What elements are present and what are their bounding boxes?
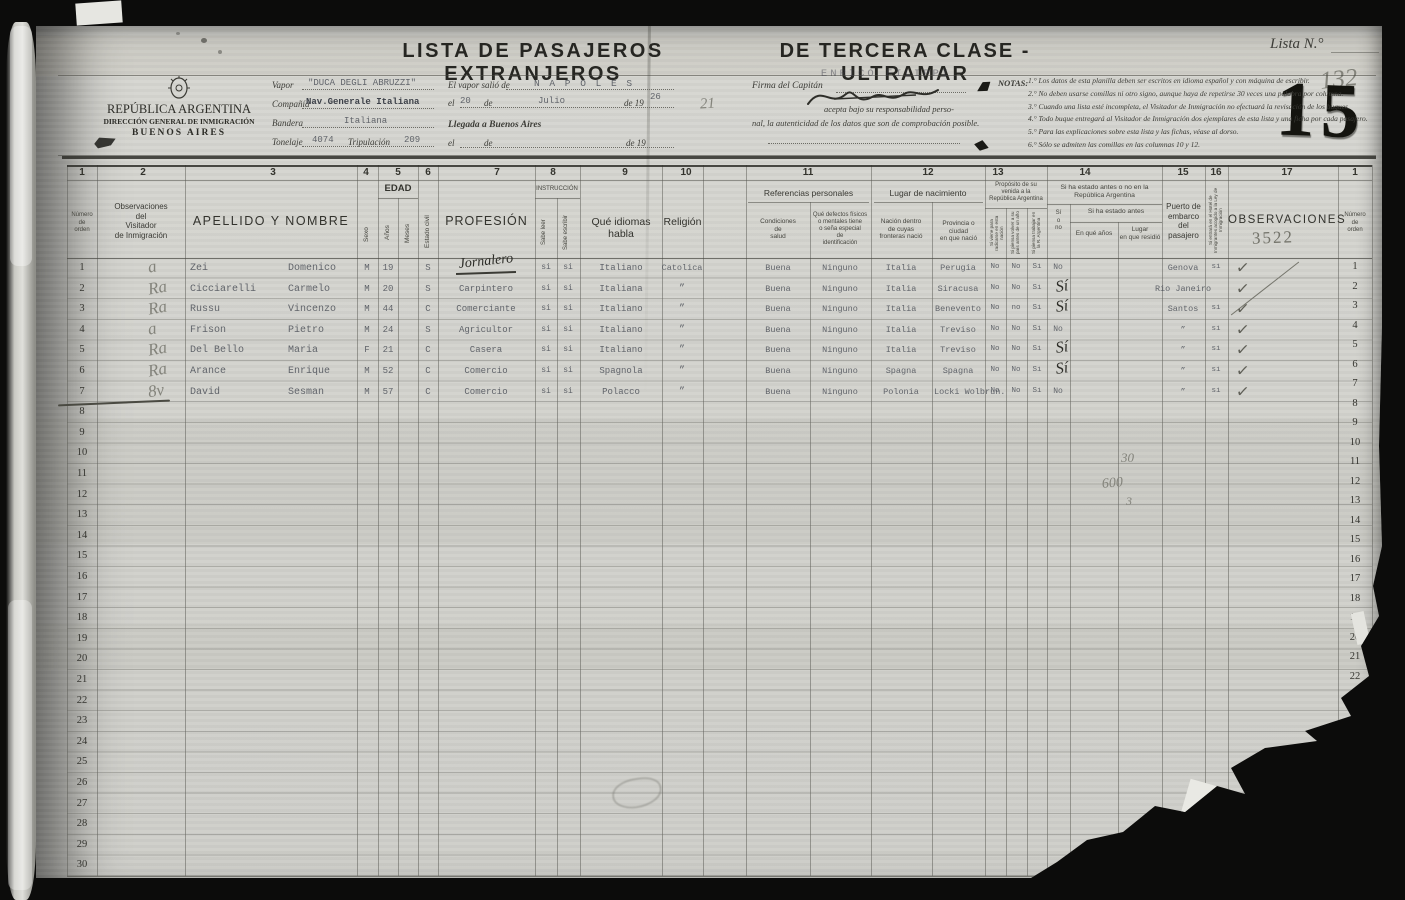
- cell-embark-port: ”: [1180, 345, 1185, 355]
- note-line: 1.° Los datos de esta planilla deben ser…: [1028, 76, 1310, 85]
- cell-sex: M: [364, 284, 369, 294]
- note-line: 6.° Sólo se admiten las comillas en las …: [1028, 140, 1200, 149]
- vapor-label: Vapor: [272, 80, 294, 90]
- cell-religion: Catolica: [662, 263, 703, 273]
- salio-value: N A P O L E S: [534, 78, 634, 89]
- cell-surname: Cicciarelli: [190, 284, 256, 295]
- cell-writes: si: [563, 387, 573, 396]
- film-edge-highlight-bottom: [8, 600, 32, 890]
- cell-language: Italiano: [599, 345, 642, 355]
- left-order-number: 13: [77, 509, 88, 520]
- cell-hotel: si: [1211, 304, 1220, 312]
- salio-line: [506, 89, 674, 90]
- bandera-label: Bandera: [272, 118, 303, 128]
- header-col5b: Meses: [404, 212, 412, 254]
- left-order-number: 9: [79, 427, 84, 438]
- document-page: LISTA DE PASAJEROS EXTRANJEROS DE TERCER…: [36, 26, 1382, 878]
- header-col14: Si ha estado antes o no en la República …: [1047, 184, 1162, 199]
- left-order-number: 6: [79, 365, 84, 376]
- scan-band-1: [36, 36, 1382, 76]
- left-order-number: 21: [77, 674, 88, 685]
- left-order-number: 10: [77, 447, 88, 458]
- cell-civil-status: S: [425, 263, 430, 273]
- right-order-number: 3: [1352, 300, 1357, 311]
- right-order-number: 8: [1352, 398, 1357, 409]
- left-order-number: 14: [77, 530, 88, 541]
- cell-language: Italiano: [599, 304, 642, 314]
- header-col13c: Si piensa trabajar en la R. Argentina: [1031, 210, 1045, 256]
- cell-hotel: si: [1211, 387, 1220, 395]
- left-order-number: 2: [79, 283, 84, 294]
- cell-purpose-2: No: [1011, 387, 1020, 395]
- cell-birth-nation: Polonia: [883, 387, 919, 397]
- right-order-number: 9: [1352, 417, 1357, 428]
- cell-religion: ”: [679, 325, 685, 336]
- column-number: 10: [680, 167, 691, 178]
- header-col2: Observaciones del Visitador de Inmigraci…: [97, 202, 185, 240]
- cell-defects: Ninguno: [822, 263, 858, 273]
- left-order-number: 30: [77, 859, 88, 870]
- vapor-value: "DUCA DEGLI ABRUZZI": [308, 78, 416, 88]
- cell-embark-port: Santos: [1168, 304, 1199, 314]
- el-line: [460, 107, 674, 108]
- pencil-30: 30: [1121, 450, 1134, 466]
- org-office: DIRECCIÓN GENERAL DE INMIGRACIÓN: [99, 117, 259, 126]
- right-order-number: 5: [1352, 339, 1357, 350]
- cell-been-before: No: [1053, 263, 1063, 272]
- cell-sex: M: [364, 387, 369, 397]
- grid-h-line: [67, 876, 1372, 877]
- notas-label: NOTAS:: [998, 78, 1028, 88]
- cell-embark-port: ”: [1180, 366, 1185, 376]
- column-number: 6: [425, 167, 431, 178]
- cell-purpose-3: Si: [1032, 345, 1041, 353]
- left-order-number: 20: [77, 653, 88, 664]
- cell-language: Italiano: [599, 325, 642, 335]
- column-number: 14: [1079, 167, 1090, 178]
- cell-health: Buena: [765, 325, 791, 335]
- cell-defects: Ninguno: [822, 345, 858, 355]
- cell-civil-status: C: [425, 387, 430, 397]
- cell-surname: Zei: [190, 263, 208, 274]
- salio-label: El vapor salió de: [448, 80, 510, 90]
- grid-h-line: [985, 208, 1047, 209]
- left-order-number: 26: [77, 777, 88, 788]
- column-number: 2: [140, 167, 146, 178]
- cell-birth-nation: Italia: [886, 325, 917, 335]
- year-value: 26: [650, 92, 661, 102]
- cell-embark-port: ”: [1180, 325, 1185, 335]
- tonelaje-value: 4074: [312, 135, 334, 145]
- compania-value: Nav.Generale Italiana: [306, 97, 419, 107]
- pencil-600: 600: [1101, 475, 1123, 493]
- org-city: BUENOS AIRES: [99, 128, 259, 138]
- cell-surname: David: [190, 387, 220, 398]
- cell-health: Buena: [765, 387, 791, 397]
- cell-religion: ”: [679, 345, 685, 356]
- cell-sex: F: [364, 345, 369, 355]
- cell-profession: Comercio: [464, 366, 507, 376]
- cell-purpose-1: No: [990, 366, 999, 374]
- header-col12b: Provincia o ciudad en que nació: [934, 220, 983, 243]
- cell-writes: si: [563, 263, 573, 272]
- right-order-number: 21: [1350, 651, 1361, 662]
- cell-birth-nation: Italia: [886, 284, 917, 294]
- header-col12a: Nación dentro de cuyas fronteras nació: [873, 218, 929, 241]
- header-col16: Si entrará en el Hotel de Inmigrantes ac…: [1208, 184, 1226, 256]
- left-order-number: 25: [77, 756, 88, 767]
- left-order-number: 17: [77, 592, 88, 603]
- observations-scrawl: Ra: [146, 276, 168, 299]
- cell-religion: ”: [679, 366, 685, 377]
- cell-birth-nation: Italia: [886, 345, 917, 355]
- cell-embark-port: Rio Janeiro: [1155, 284, 1211, 294]
- cell-given-name: Maria: [288, 345, 318, 356]
- left-order-number: 15: [77, 550, 88, 561]
- left-order-number: 23: [77, 715, 88, 726]
- left-order-number: 5: [79, 344, 84, 355]
- header-col14b-group: Si ha estado antes: [1070, 208, 1162, 216]
- right-order-number: 1: [1352, 261, 1357, 272]
- grid-h-line: [535, 198, 580, 199]
- header-col6: Estado civil: [424, 208, 432, 256]
- right-order-number: 2: [1352, 281, 1357, 292]
- table-top-band: [62, 156, 1376, 159]
- pencil-21: 21: [699, 95, 715, 113]
- cell-civil-status: C: [425, 345, 430, 355]
- header-col13a: Si viene para radicarse en esta nación: [989, 210, 1003, 256]
- grid-h-line: [1070, 222, 1162, 223]
- cell-birth-nation: Spagna: [886, 366, 917, 376]
- cell-purpose-1: No: [990, 263, 999, 271]
- right-order-number: 16: [1350, 554, 1361, 565]
- header-col13b: Si piensa volver a su país antes de un a…: [1010, 210, 1024, 256]
- stamp-3522: 3522: [1252, 227, 1295, 248]
- left-order-number: 18: [77, 612, 88, 623]
- cell-reads: si: [541, 263, 551, 272]
- cell-been-before-handwritten: Sí: [1055, 359, 1070, 379]
- header-col14c: Lugar en que residió: [1118, 226, 1162, 241]
- cell-age: 20: [383, 284, 394, 294]
- note-line: 2.° No deben usarse comillas ni otro sig…: [1028, 89, 1343, 98]
- column-number: 15: [1177, 167, 1188, 178]
- left-order-number: 12: [77, 489, 88, 500]
- observations-scrawl: Ra: [146, 297, 168, 320]
- cell-defects: Ninguno: [822, 366, 858, 376]
- cell-health: Buena: [765, 304, 791, 314]
- cell-civil-status: S: [425, 284, 430, 294]
- column-number: 1: [79, 167, 85, 178]
- grid-v-line: [1372, 165, 1373, 876]
- lista-number-label: Lista N.°: [1270, 36, 1324, 53]
- argentina-crest-icon: [166, 76, 192, 100]
- cell-purpose-3: Si: [1032, 366, 1041, 374]
- cell-reads: si: [541, 366, 551, 375]
- right-order-number: 28: [1350, 788, 1361, 799]
- left-order-number: 7: [79, 386, 84, 397]
- month-value: Julio: [538, 96, 565, 106]
- cell-purpose-3: Si: [1032, 387, 1041, 395]
- compania-line: [302, 108, 434, 109]
- column-number: 17: [1281, 167, 1292, 178]
- column-number: 11: [803, 167, 814, 178]
- cell-been-before-handwritten: Sí: [1055, 297, 1070, 317]
- el2-label: el: [448, 138, 455, 148]
- cell-profession: Casera: [470, 345, 502, 355]
- left-order-number: 27: [77, 798, 88, 809]
- cell-birth-province: Spagna: [943, 366, 974, 376]
- header-col14b: En qué años: [1070, 230, 1118, 238]
- cell-religion: ”: [679, 284, 685, 295]
- table-row-stripes: [67, 258, 1372, 876]
- header-col8a: Sabe leer: [541, 210, 549, 254]
- tripulacion-value: 209: [404, 135, 420, 145]
- checkmark-icon: ✓: [1235, 299, 1250, 320]
- right-order-number: 24: [1350, 710, 1361, 721]
- cell-defects: Ninguno: [822, 325, 858, 335]
- header-col11: Referencias personales: [746, 188, 871, 198]
- cell-birth-province: Benevento: [935, 304, 981, 314]
- cell-writes: si: [563, 325, 573, 334]
- lista-number-underline: [1331, 52, 1379, 53]
- checkmark-icon: ✓: [1235, 340, 1250, 361]
- cell-sex: M: [364, 366, 369, 376]
- cell-purpose-3: Si: [1032, 284, 1041, 292]
- cell-sex: M: [364, 304, 369, 314]
- right-order-number: 17: [1350, 573, 1361, 584]
- bandera-value: Italiana: [344, 116, 387, 126]
- grid-h-line: [1047, 204, 1162, 205]
- cell-surname: Frison: [190, 325, 226, 336]
- cell-embark-port: Genova: [1168, 263, 1199, 273]
- cell-civil-status: S: [425, 325, 430, 335]
- header-col1: Número de orden: [67, 212, 97, 235]
- cell-writes: si: [563, 284, 573, 293]
- cell-purpose-2: no: [1011, 304, 1020, 312]
- cell-reads: si: [541, 387, 551, 396]
- cell-age: 44: [383, 304, 394, 314]
- cell-been-before: No: [1053, 387, 1063, 396]
- cell-purpose-2: No: [1011, 345, 1020, 353]
- cell-age: 19: [383, 263, 394, 273]
- column-number: 16: [1210, 167, 1221, 178]
- cell-defects: Ninguno: [822, 304, 858, 314]
- column-number: 8: [550, 167, 556, 178]
- cell-purpose-1: No: [990, 345, 999, 353]
- cell-purpose-2: No: [1011, 284, 1020, 292]
- cell-writes: si: [563, 366, 573, 375]
- cell-age: 21: [383, 345, 394, 355]
- left-order-number: 16: [77, 571, 88, 582]
- checkmark-icon: ✓: [1235, 381, 1250, 402]
- cell-health: Buena: [765, 284, 791, 294]
- cell-defects: Ninguno: [822, 387, 858, 397]
- cell-purpose-1: No: [990, 284, 999, 292]
- column-number: 4: [363, 167, 369, 178]
- cell-language: Spagnola: [599, 366, 642, 376]
- resp-line2: nal, la autenticidad de los datos que so…: [752, 118, 979, 128]
- grid-h-line: [748, 202, 869, 203]
- checkmark-icon: ✓: [1235, 278, 1250, 299]
- header-col3: APELLIDO Y NOMBRE: [185, 214, 357, 228]
- header-col15: Puerto de embarco del pasajero: [1162, 202, 1205, 240]
- cell-purpose-2: No: [1011, 263, 1020, 271]
- right-order-number: 4: [1352, 320, 1357, 331]
- el-label: el: [448, 98, 455, 108]
- pencil-3: 3: [1126, 494, 1132, 509]
- header-col11b: Qué defectos físicos o mentales tiene o …: [810, 212, 870, 247]
- cell-reads: si: [541, 345, 551, 354]
- cell-civil-status: C: [425, 304, 430, 314]
- column-number: 13: [992, 167, 1003, 178]
- cell-surname: Del Bello: [190, 345, 244, 356]
- observations-scrawl: Ra: [146, 338, 168, 361]
- cell-sex: M: [364, 263, 369, 273]
- cell-birth-province: Treviso: [940, 345, 976, 355]
- right-order-number: 7: [1352, 378, 1357, 389]
- cell-purpose-3: Si: [1032, 304, 1041, 312]
- cell-purpose-2: No: [1011, 366, 1020, 374]
- cell-age: 57: [383, 387, 394, 397]
- left-order-number: 22: [77, 695, 88, 706]
- cell-surname: Arance: [190, 366, 226, 377]
- column-number: 9: [622, 167, 628, 178]
- page-title-left: LISTA DE PASAJEROS EXTRANJEROS: [368, 40, 698, 86]
- note-line: 5.° Para las explicaciones sobre esta li…: [1028, 127, 1238, 136]
- llegada-label: Llegada a Buenos Aires: [448, 120, 541, 130]
- captain-stamp-name: ENRICO FILIPPI: [786, 68, 986, 80]
- cell-given-name: Vincenzo: [288, 304, 336, 315]
- header-col7: PROFESIÓN: [438, 214, 535, 228]
- checkmark-icon: ✓: [1235, 360, 1250, 381]
- left-order-number: 28: [77, 818, 88, 829]
- left-order-number: 11: [77, 468, 87, 479]
- cell-embark-port: ”: [1180, 387, 1185, 397]
- right-order-number: 12: [1350, 476, 1361, 487]
- grid-h-line: [378, 198, 418, 199]
- stain-dot-1: [201, 38, 207, 43]
- note-line: 4.° Todo buque entregará al Visitador de…: [1028, 114, 1368, 123]
- right-order-number: 18: [1350, 593, 1361, 604]
- day-value: 20: [460, 96, 471, 106]
- header-col10: Religión: [662, 216, 703, 228]
- left-order-number: 29: [77, 839, 88, 850]
- right-order-number: 13: [1350, 495, 1361, 506]
- cell-purpose-1: No: [990, 325, 999, 333]
- tonelaje-line: [302, 146, 434, 147]
- cell-language: Polacco: [602, 387, 640, 397]
- cell-health: Buena: [765, 263, 791, 273]
- cell-given-name: Sesman: [288, 387, 324, 398]
- captain-bottom-line: [768, 143, 960, 144]
- cell-hotel: si: [1211, 325, 1220, 333]
- cell-been-before-handwritten: Sí: [1055, 339, 1070, 359]
- grid-h-line: [67, 180, 1372, 181]
- cell-surname: Russu: [190, 304, 220, 315]
- scanned-passenger-list-photo: LISTA DE PASAJEROS EXTRANJEROS DE TERCER…: [0, 0, 1405, 900]
- header-col18: Número de orden: [1338, 212, 1372, 235]
- film-edge-highlight-top: [10, 26, 32, 266]
- header-col4: Sexo: [363, 214, 371, 256]
- header-col8b: Sabe escribir: [563, 210, 571, 254]
- header-col14a: Sí o no: [1047, 210, 1070, 233]
- cell-purpose-3: Si: [1032, 325, 1041, 333]
- cell-reads: si: [541, 325, 551, 334]
- cell-purpose-3: Si: [1032, 263, 1041, 271]
- right-order-number: 26: [1350, 749, 1361, 760]
- cell-birth-nation: Italia: [886, 263, 917, 273]
- right-order-number: 25: [1350, 729, 1361, 740]
- vapor-line: [302, 89, 434, 90]
- column-number: 7: [494, 167, 500, 178]
- paper-tab: [75, 0, 122, 25]
- cell-profession: Agricultor: [459, 325, 513, 335]
- header-col8: INSTRUCCIÓN: [533, 186, 581, 194]
- observations-scrawl: Ra: [146, 359, 168, 382]
- right-order-number: 22: [1350, 671, 1361, 682]
- cell-writes: si: [563, 304, 573, 313]
- left-order-number: 4: [79, 324, 84, 335]
- right-order-number: 11: [1350, 456, 1360, 467]
- cell-age: 24: [383, 325, 394, 335]
- header-col9: Qué idiomas habla: [580, 216, 662, 240]
- cell-purpose-1: No: [990, 304, 999, 312]
- cell-sex: M: [364, 325, 369, 335]
- header-col13: Propósito de su venida a la República Ar…: [985, 182, 1047, 203]
- cell-been-before-handwritten: Sí: [1055, 277, 1070, 297]
- cell-profession: Comercio: [464, 387, 507, 397]
- cell-hotel: si: [1211, 366, 1220, 374]
- header-col5: EDAD: [378, 183, 418, 194]
- checkmark-icon: ✓: [1235, 319, 1250, 340]
- cell-defects: Ninguno: [822, 284, 858, 294]
- cell-profession: Comerciante: [456, 304, 515, 314]
- cell-language: Italiana: [599, 284, 642, 294]
- left-order-number: 19: [77, 633, 88, 644]
- cell-age: 52: [383, 366, 394, 376]
- right-order-number: 15: [1350, 534, 1361, 545]
- header-col11a: Condiciones de salud: [748, 218, 808, 241]
- column-number: 12: [922, 167, 933, 178]
- cell-reads: si: [541, 304, 551, 313]
- cell-profession: Carpintero: [459, 284, 513, 294]
- column-number: 5: [395, 167, 401, 178]
- stain-dot-2: [218, 50, 222, 54]
- cell-health: Buena: [765, 345, 791, 355]
- right-order-number: 14: [1350, 515, 1361, 526]
- ink-blot-bottom: [973, 139, 990, 152]
- cell-given-name: Domenico: [288, 263, 336, 274]
- left-order-number: 3: [79, 303, 84, 314]
- left-order-number: 8: [79, 406, 84, 417]
- checkmark-icon: ✓: [1235, 257, 1250, 278]
- org-country: REPÚBLICA ARGENTINA: [99, 102, 259, 117]
- column-number: 1: [1352, 167, 1358, 178]
- cell-been-before: No: [1053, 325, 1063, 334]
- header-col17: OBSERVACIONES: [1228, 214, 1338, 226]
- cell-religion: ”: [679, 387, 685, 398]
- cell-birth-province: Perugia: [940, 263, 976, 273]
- right-order-number: 10: [1350, 437, 1361, 448]
- cell-writes: si: [563, 345, 573, 354]
- note-line: 3.° Cuando una lista esté incompleta, el…: [1028, 102, 1350, 111]
- cell-religion: ”: [679, 304, 685, 315]
- cell-hotel: si: [1211, 263, 1220, 271]
- cell-reads: si: [541, 284, 551, 293]
- cell-health: Buena: [765, 366, 791, 376]
- header-col12: Lugar de nacimiento: [871, 188, 985, 198]
- llegada-line: [460, 147, 674, 148]
